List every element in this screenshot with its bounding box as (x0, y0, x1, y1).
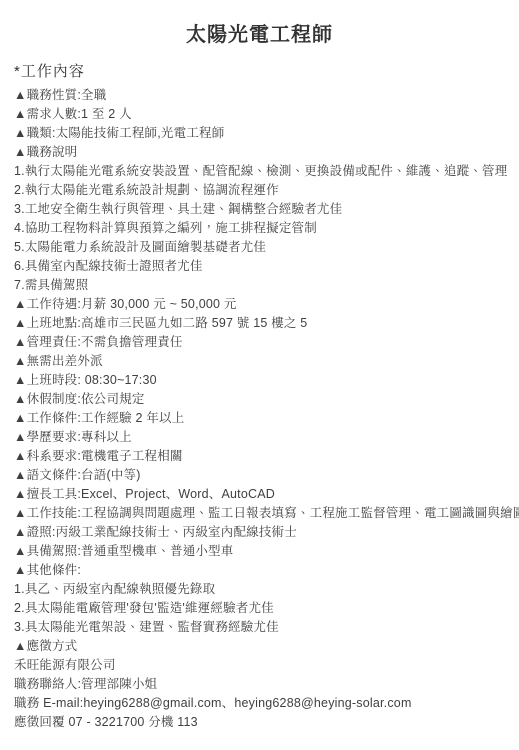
line-other-condition-2: 2.具太陽能電廠管理'發包'監造'維運經驗者尤佳 (14, 601, 505, 616)
line-salary: ▲工作待遇:月薪 30,000 元 ~ 50,000 元 (14, 297, 505, 312)
line-duty-2: 2.執行太陽能光電系統設計規劃、協調流程運作 (14, 183, 505, 198)
line-duty-1: 1.執行太陽能光電系統安裝設置、配管配線、檢測、更換設備或配件、維護、追蹤、管理 (14, 164, 505, 179)
line-major-requirement: ▲科系要求:電機電子工程相關 (14, 449, 505, 464)
line-work-hours: ▲上班時段: 08:30~17:30 (14, 373, 505, 388)
line-certifications: ▲證照:丙級工業配線技術士、丙級室內配線技術士 (14, 525, 505, 540)
line-experience-requirement: ▲工作條件:工作經驗 2 年以上 (14, 411, 505, 426)
line-company-name: 禾旺能源有限公司 (14, 658, 505, 673)
section-heading-job-content: *工作內容 (14, 62, 505, 82)
line-duty-4: 4.協助工程物料計算與預算之編列，施工排程擬定管制 (14, 221, 505, 236)
line-duty-3: 3.工地安全衛生執行與管理、具土建、鋼構整合經驗者尤佳 (14, 202, 505, 217)
line-duty-5: 5.太陽能電力系統設計及圖面繪製基礎者尤佳 (14, 240, 505, 255)
line-management-responsibility: ▲管理責任:不需負擔管理責任 (14, 335, 505, 350)
page-title: 太陽光電工程師 (14, 22, 505, 48)
line-other-condition-1: 1.具乙、丙級室內配線執照優先錄取 (14, 582, 505, 597)
line-apply-method-heading: ▲應徵方式 (14, 639, 505, 654)
line-no-travel: ▲無需出差外派 (14, 354, 505, 369)
line-work-location: ▲上班地點:高雄市三民區九如二路 597 號 15 樓之 5 (14, 316, 505, 331)
line-skills: ▲工作技能:工程協調與問題處理、監工日報表填寫、工程施工監督管理、電工圖識圖與繪… (14, 506, 505, 521)
line-contact-person: 職務聯絡人:管理部陳小姐 (14, 677, 505, 692)
line-driver-licenses: ▲具備駕照:普通重型機車、普通小型車 (14, 544, 505, 559)
line-leave-policy: ▲休假制度:依公司規定 (14, 392, 505, 407)
line-duty-6: 6.具備室內配線技術士證照者尤佳 (14, 259, 505, 274)
line-employment-type: ▲職務性質:全職 (14, 88, 505, 103)
line-duty-7: 7.需具備駕照 (14, 278, 505, 293)
line-duties-heading: ▲職務說明 (14, 145, 505, 160)
line-job-category: ▲職類:太陽能技術工程師,光電工程師 (14, 126, 505, 141)
line-other-conditions-heading: ▲其他條件: (14, 563, 505, 578)
line-contact-email: 職務 E-mail:heying6288@gmail.com、heying628… (14, 696, 505, 711)
line-tools: ▲擅長工具:Excel、Project、Word、AutoCAD (14, 487, 505, 502)
line-contact-phone: 應徵回覆 07 - 3221700 分機 113 (14, 715, 505, 730)
line-language-requirement: ▲語文條件:台語(中等) (14, 468, 505, 483)
line-other-condition-3: 3.具太陽能光電架設、建置、監督實務經驗尤佳 (14, 620, 505, 635)
line-headcount: ▲需求人數:1 至 2 人 (14, 107, 505, 122)
line-education-requirement: ▲學歷要求:專科以上 (14, 430, 505, 445)
job-posting-page: 太陽光電工程師 *工作內容 ▲職務性質:全職 ▲需求人數:1 至 2 人 ▲職類… (0, 0, 519, 750)
